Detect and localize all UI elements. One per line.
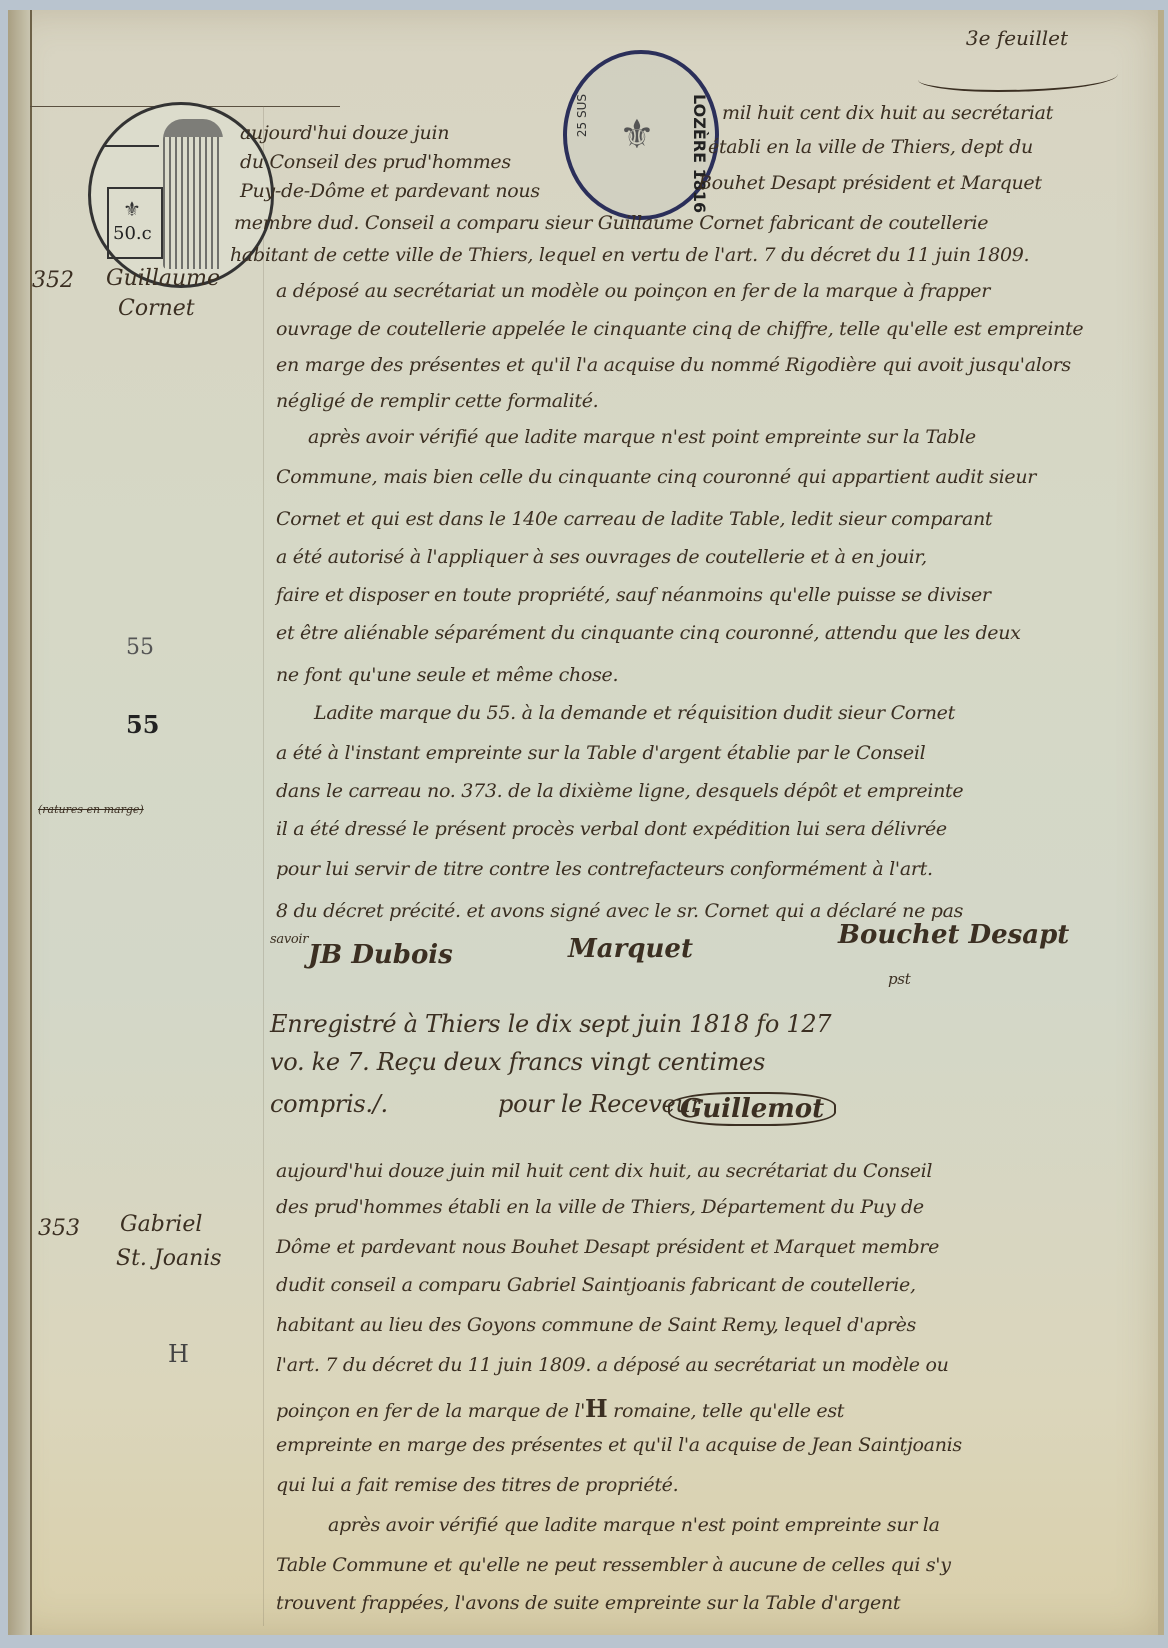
entry-name-last: St. Joanis bbox=[116, 1246, 222, 1271]
signature-marquet: Marquet bbox=[568, 934, 693, 964]
text-line: Table Commune et qu'elle ne peut ressemb… bbox=[276, 1554, 951, 1576]
text-line: l'art. 7 du décret du 11 juin 1809. a dé… bbox=[276, 1354, 949, 1376]
text-line: a été à l'instant empreinte sur la Table… bbox=[276, 742, 925, 764]
text-line: ouvrage de coutellerie appelée le cinqua… bbox=[276, 318, 1083, 340]
signature-guillemot: Guillemot bbox=[668, 1092, 836, 1126]
seal-text-outer: LOZÈRE 1816 bbox=[690, 94, 709, 213]
scales-icon bbox=[105, 145, 159, 147]
signature-president: Bouchet Desapt bbox=[838, 920, 1069, 950]
signature-dubois: JB Dubois bbox=[308, 940, 453, 970]
entry-name-first: Guillaume bbox=[106, 266, 220, 291]
text-line: négligé de remplir cette formalité. bbox=[276, 390, 598, 412]
entry-number: 352 bbox=[32, 268, 74, 293]
mark-h-printed: H bbox=[168, 1340, 189, 1368]
registration-line: vo. ke 7. Reçu deux francs vingt centime… bbox=[270, 1048, 765, 1076]
stamp-value: 50.c bbox=[113, 223, 152, 244]
text-line: dudit conseil a comparu Gabriel Saintjoa… bbox=[276, 1274, 916, 1296]
text-line: habitant au lieu des Goyons commune de S… bbox=[276, 1314, 916, 1336]
text-line: aujourd'hui douze juin mil huit cent dix… bbox=[276, 1160, 932, 1182]
text-line: 8 du décret précité. et avons signé avec… bbox=[276, 900, 963, 922]
text-line: poinçon en fer de la marque de l'H romai… bbox=[276, 1394, 844, 1423]
text-line: Commune, mais bien celle du cinquante ci… bbox=[276, 466, 1036, 488]
text-line: établi en la ville de Thiers, dept du bbox=[708, 136, 1033, 158]
text-line: Dôme et pardevant nous Bouhet Desapt pré… bbox=[276, 1236, 939, 1258]
text-line: Bouhet Desapt président et Marquet bbox=[698, 172, 1042, 194]
text-line: a déposé au secrétariat un modèle ou poi… bbox=[276, 280, 990, 302]
text-line: empreinte en marge des présentes et qu'i… bbox=[276, 1434, 962, 1456]
mark-55-handwritten: 55 bbox=[126, 635, 154, 660]
entry-name-last: Cornet bbox=[118, 296, 195, 321]
mark-55-printed: 55 bbox=[126, 710, 159, 739]
text-line: pour lui servir de titre contre les cont… bbox=[276, 858, 933, 880]
text-line: ne font qu'une seule et même chose. bbox=[276, 664, 618, 686]
registration-line: compris./. bbox=[270, 1090, 388, 1118]
text-line: qui lui a fait remise des titres de prop… bbox=[276, 1474, 678, 1496]
seal-text-inner: 25 SUS bbox=[575, 94, 589, 137]
text-line: trouvent frappées, l'avons de suite empr… bbox=[276, 1592, 900, 1614]
text-line: faire et disposer en toute propriété, sa… bbox=[276, 584, 991, 606]
postal-seal: LOZÈRE 1816 25 SUS ⚜ bbox=[563, 50, 719, 220]
text-line: après avoir vérifié que ladite marque n'… bbox=[328, 1514, 940, 1536]
fleur-de-lis-icon: ⚜ bbox=[619, 112, 655, 158]
savoir-note: savoir bbox=[270, 932, 308, 947]
text-line: Cornet et qui est dans le 140e carreau d… bbox=[276, 508, 992, 530]
text-line: après avoir vérifié que ladite marque n'… bbox=[308, 426, 976, 448]
text-line: membre dud. Conseil a comparu sieur Guil… bbox=[234, 212, 988, 234]
roman-h-mark: H bbox=[585, 1394, 607, 1423]
text-line: il a été dressé le présent procès verbal… bbox=[276, 818, 947, 840]
text-line: dans le carreau no. 373. de la dixième l… bbox=[276, 780, 963, 802]
text-line: et être aliénable séparément du cinquant… bbox=[276, 622, 1021, 644]
margin-rule bbox=[263, 106, 264, 1626]
entry-number: 353 bbox=[38, 1216, 80, 1241]
fleur-de-lis-icon: ⚜ bbox=[123, 197, 141, 221]
text-line: mil huit cent dix huit au secrétariat bbox=[722, 102, 1053, 124]
text-line: du Conseil des prud'hommes bbox=[240, 151, 511, 173]
registration-line: Enregistré à Thiers le dix sept juin 181… bbox=[270, 1010, 831, 1038]
president-title: pst bbox=[888, 970, 910, 988]
text-line: des prud'hommes établi en la ville de Th… bbox=[276, 1196, 924, 1218]
struck-margin-note: (ratures en marge) bbox=[38, 800, 258, 819]
binding-gutter bbox=[8, 10, 32, 1635]
text-line: a été autorisé à l'appliquer à ses ouvra… bbox=[276, 546, 927, 568]
text-line: Ladite marque du 55. à la demande et réq… bbox=[314, 702, 955, 724]
folio-number: 3e feuillet bbox=[966, 26, 1068, 50]
text-line: habitant de cette ville de Thiers, leque… bbox=[230, 244, 1029, 266]
text-line: aujourd'hui douze juin bbox=[240, 122, 449, 144]
entry-name-first: Gabriel bbox=[120, 1212, 202, 1237]
manuscript-page: 3e feuillet ⚜ 50.c LOZÈRE 1816 25 SUS ⚜ … bbox=[8, 10, 1164, 1635]
justice-figure-icon bbox=[163, 119, 223, 269]
folio-flourish bbox=[918, 62, 1118, 92]
text-line: Puy-de-Dôme et pardevant nous bbox=[240, 180, 540, 202]
text-line: en marge des présentes et qu'il l'a acqu… bbox=[276, 354, 1071, 376]
